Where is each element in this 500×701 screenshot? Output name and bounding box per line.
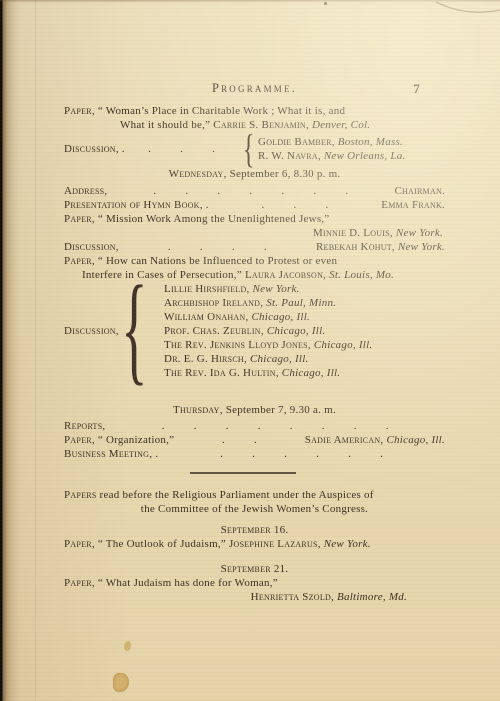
paper-womans-place-line1: Paper, “ Woman’s Place in Charitable Wor… [64,104,445,118]
section-divider-rule [190,472,296,474]
dot-leader: . . . [125,142,239,156]
page-text-block: Programme. 7 Paper, “ Woman’s Place in C… [64,0,445,604]
mission-work-line2: Minnie D. Louis, New York. [64,226,445,240]
panelist-row: The Rev. Ida G. Hultin, Chicago, Ill. [164,366,445,380]
discussion-bamber-row: Goldie Bamber, Boston, Mass. [258,135,445,149]
outlook-line: Paper, “ The Outlook of Judaism,” Joseph… [64,537,445,551]
woman-line1: Paper, “ What Judaism has done for Woman… [64,576,445,590]
paper-stain [124,641,131,651]
dot-leader: . . [174,433,304,447]
dot-leader: . . . . . . . [107,184,394,198]
organization-line: Paper, “ Organization,” . . Sadie Americ… [64,433,445,447]
dot-leader: . . . . . . . . [105,419,445,433]
hymn-book-line: Presentation of Hymn Book, . . . . Emma … [64,198,445,212]
sept21-heading: September 21. [64,562,445,576]
left-brace-glyph: { [121,280,147,378]
parliament-note-line2: the Committee of the Jewish Women’s Cong… [64,502,445,516]
parliament-note-line1: Papers read before the Religious Parliam… [64,488,445,502]
mission-work-line1: Paper, “ Mission Work Among the Unenligh… [64,212,445,226]
address-line: Address, . . . . . . . Chairman. [64,184,445,198]
reports-line: Reports, . . . . . . . . [64,419,445,433]
page-header: Programme. 7 [64,81,445,98]
business-meeting-line: Business Meeting, . . . . . . . [64,447,445,461]
dot-leader: . . . . . . [158,447,445,461]
discussion-bamber-row: R. W. Navra, New Orleans, La. [258,149,445,163]
woman-line2: Henrietta Szold, Baltimore, Md. [64,590,445,604]
page-number: 7 [413,82,420,96]
page-title: Programme. [212,81,297,95]
panelist-row: William Onahan, Chicago, Ill. [164,310,445,324]
paper-stain [113,673,129,692]
wednesday-heading: Wednesday, September 6, 8.30 p. m. [64,167,445,181]
panelist-row: Dr. E. G. Hirsch, Chicago, Ill. [164,352,445,366]
sept16-heading: September 16. [64,523,445,537]
discussion-kohut-line: Discussion, . . . . Rebekah Kohut, New Y… [64,240,445,254]
panelist-row: The Rev. Jenkins Lloyd Jones, Chicago, I… [164,338,445,352]
dust-speck [324,2,327,5]
panelist-row: Archbishop Ireland, St. Paul, Minn. [164,296,445,310]
discussion-label: Discussion, [64,324,119,338]
book-gutter-shadow [0,0,20,701]
panelist-row: Prof. Chas. Zeublin, Chicago, Ill. [164,324,445,338]
left-brace-glyph: { [242,135,254,163]
dot-leader: . . . [209,198,382,212]
book-page: Programme. 7 Paper, “ Woman’s Place in C… [0,0,500,701]
discussion-bamber-group: Discussion, . . . . { Goldie Bamber, Bos… [64,135,445,163]
thursday-heading: Thursday, September 7, 9.30 a. m. [64,403,445,417]
dot-leader: . . . . [119,240,316,254]
discussion-label: Discussion, . [64,142,125,156]
panelist-row: Lillie Hirshfield, New York. [164,282,445,296]
discussion-panel-group: Discussion, . { Lillie Hirshfield, New Y… [64,282,445,380]
paper-womans-place-line2: What it should be,” Carrie S. Benjamin, … [64,118,445,132]
page-crease [35,0,37,701]
